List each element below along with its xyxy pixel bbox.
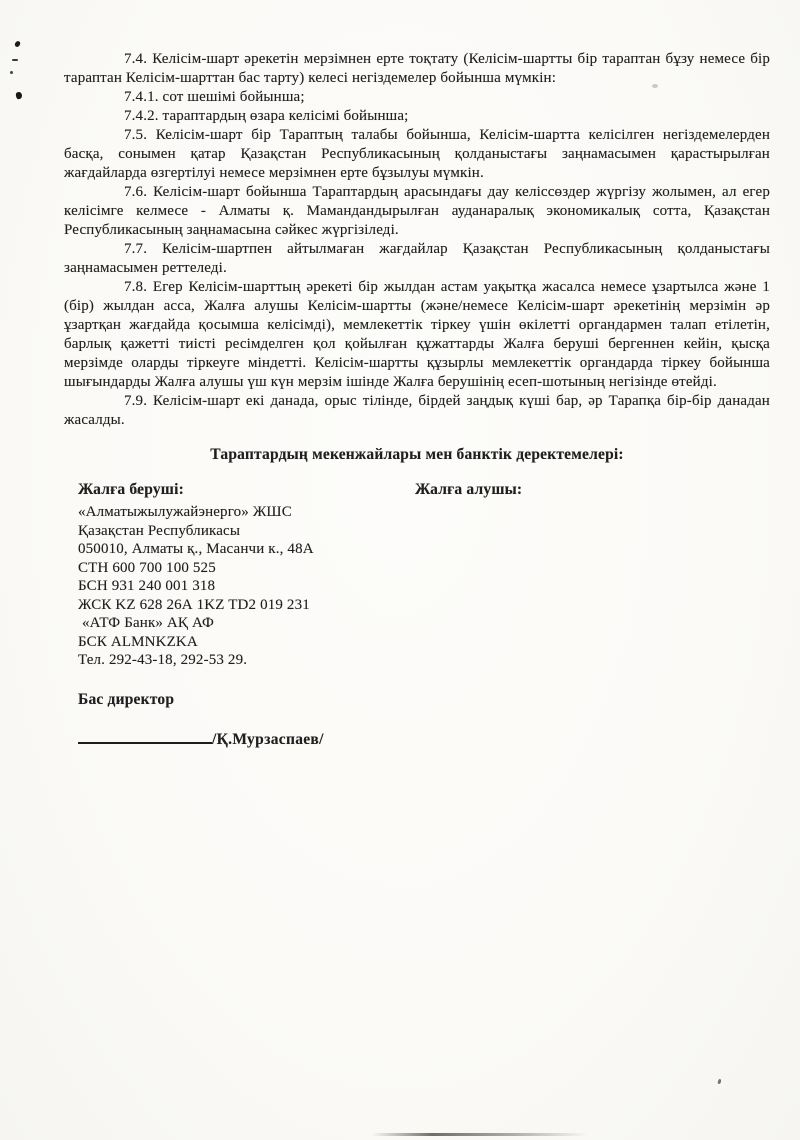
signature-blank-line [78,730,212,744]
lessor-company: «Алматыжылужайэнерго» ЖШС [78,503,415,522]
clause-7-8: 7.8. Егер Келісім-шарттың әрекеті бір жы… [64,278,770,392]
lessor-address: 050010, Алматы қ., Масанчи к., 48А [78,540,415,559]
ink-speck [15,91,22,99]
clause-7-4-2: 7.4.2. тараптардың өзара келісімі бойынш… [64,107,770,126]
clause-7-9: 7.9. Келісім-шарт екі данада, орыс тілін… [64,392,770,430]
contract-clauses: 7.4. Келісім-шарт әрекетін мерзімнен ерт… [64,50,770,430]
parties-columns: Жалға беруші: «Алматыжылужайэнерго» ЖШС … [64,480,770,670]
lessor-details: Жалға беруші: «Алматыжылужайэнерго» ЖШС … [78,480,415,670]
lessee-title: Жалға алушы: [415,480,770,499]
signature-row: /Қ.Мурзаспаев/ [78,730,770,749]
lessor-bsk: БСК ALMNKZKA [78,633,415,652]
clause-7-5: 7.5. Келісім-шарт бір Тараптың талабы бо… [64,126,770,183]
lessor-bank: «АТФ Банк» АҚ АФ [78,614,415,633]
clause-7-4: 7.4. Келісім-шарт әрекетін мерзімнен ерт… [64,50,770,88]
ink-speck [10,71,13,74]
scan-edge-line [372,1133,587,1136]
lessor-title: Жалға беруші: [78,480,415,499]
ink-speck [717,1079,722,1085]
ink-speck [12,59,18,61]
clause-7-7: 7.7. Келісім-шартпен айтылмаған жағдайла… [64,240,770,278]
lessor-bsn: БСН 931 240 001 318 [78,577,415,596]
signature-position: Бас директор [78,690,770,709]
lessee-details: Жалға алушы: [415,480,770,670]
signature-name: /Қ.Мурзаспаев/ [212,731,324,748]
requisites-heading: Тараптардың мекенжайлары мен банктік дер… [64,445,770,464]
lessor-stn: СТН 600 700 100 525 [78,559,415,578]
scanned-contract-page: 7.4. Келісім-шарт әрекетін мерзімнен ерт… [0,0,800,1140]
contract-body: 7.4. Келісім-шарт әрекетін мерзімнен ерт… [64,50,770,749]
clause-7-6: 7.6. Келісім-шарт бойынша Тараптардың ар… [64,183,770,240]
ink-speck [14,40,21,47]
clause-7-4-1: 7.4.1. сот шешімі бойынша; [64,88,770,107]
lessor-country: Қазақстан Республикасы [78,522,415,541]
lessor-account: ЖСК KZ 628 26А 1KZ TD2 019 231 [78,596,415,615]
lessor-phone: Тел. 292-43-18, 292-53 29. [78,651,415,670]
